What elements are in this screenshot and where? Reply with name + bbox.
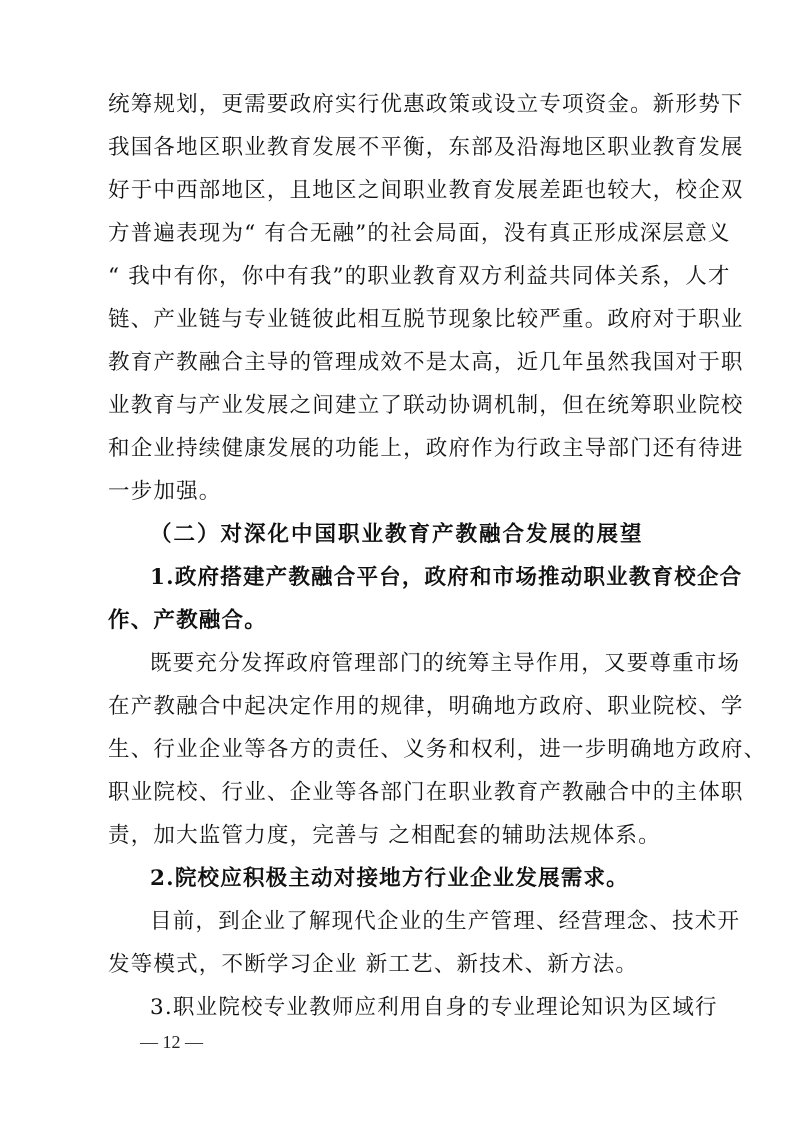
paragraph-line: 方普遍表现为“ 有合无融”的社会局面，没有真正形成深层意义 [108, 220, 688, 248]
paragraph-line: 链、产业链与专业链彼此相互脱节现象比较严重。政府对于职业 [108, 306, 688, 334]
paragraph-line: 教育产教融合主导的管理成效不是太高，近几年虽然我国对于职 [108, 349, 688, 377]
paragraph-line: 好于中西部地区，且地区之间职业教育发展差距也较大，校企双 [108, 177, 688, 205]
paragraph-line: 职业院校、行业、企业等各部门在职业教育产教融合中的主体职 [108, 779, 688, 807]
paragraph-line: 生、行业企业等各方的责任、义务和权利，进一步明确地方政府、 [108, 736, 688, 764]
paragraph-line: “ 我中有你，你中有我”的职业教育双方利益共同体关系，人才 [108, 263, 688, 291]
paragraph-line: 在产教融合中起决定作用的规律，明确地方政府、职业院校、学 [108, 693, 688, 721]
paragraph-line: 目前，到企业了解现代企业的生产管理、经营理念、技术开 [150, 908, 688, 936]
paragraph-line: 既要充分发挥政府管理部门的统筹主导作用，又要尊重市场 [150, 650, 688, 678]
paragraph-line: 和企业持续健康发展的功能上，政府作为行政主导部门还有待进 [108, 435, 688, 463]
item1-heading: 1.政府搭建产教融合平台，政府和市场推动职业教育校企合 [150, 564, 688, 592]
section-heading: （二）对深化中国职业教育产教融合发展的展望 [150, 521, 610, 549]
paragraph-line: 发等模式，不断学习企业 新工艺、新技术、新方法。 [108, 951, 688, 979]
paragraph-line: 我国各地区职业教育发展不平衡，东部及沿海地区职业教育发展 [108, 134, 688, 162]
page-number: — 12 — [140, 1032, 203, 1053]
item2-heading: 2.院校应积极主动对接地方行业企业发展需求。 [150, 865, 688, 893]
paragraph-line: 一步加强。 [108, 478, 688, 506]
paragraph-line: 统筹规划，更需要政府实行优惠政策或设立专项资金。新形势下 [108, 91, 688, 119]
item3-line: 3.职业院校专业教师应利用自身的专业理论知识为区域行 [150, 994, 688, 1022]
paragraph-line: 业教育与产业发展之间建立了联动协调机制，但在统筹职业院校 [108, 392, 688, 420]
paragraph-line: 责，加大监管力度，完善与 之相配套的辅助法规体系。 [108, 822, 688, 850]
item1-heading-cont: 作、产教融合。 [108, 607, 688, 635]
document-page: 统筹规划，更需要政府实行优惠政策或设立专项资金。新形势下 我国各地区职业教育发展… [0, 0, 793, 1122]
